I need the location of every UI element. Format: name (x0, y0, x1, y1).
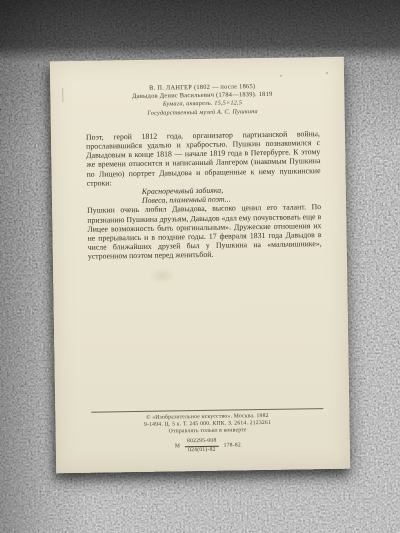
paper-scratch (62, 88, 63, 102)
description-paragraph-1: Поэт, герой 1812 года, организатор парти… (86, 129, 321, 188)
colophon-block: © «Изобразительное искусство». Москва. 1… (90, 408, 325, 456)
photo-scene: В. П. ЛАНГЕР (1802 — после 1865) Давыдов… (0, 0, 400, 533)
paper-speck (326, 72, 328, 74)
caption-block: В. П. ЛАНГЕР (1802 — после 1865) Давыдов… (85, 82, 319, 118)
catalog-code-fraction: 802295-008 024(01)-82 (185, 438, 219, 455)
catalog-code-prefix: М (175, 443, 180, 450)
catalog-code-denominator: 024(01)-82 (188, 446, 216, 454)
catalog-code: М 802295-008 024(01)-82 178-82 (91, 436, 325, 456)
description-paragraph-2: Пушкин очень любил Давыдова, высоко цени… (87, 203, 322, 262)
postcard-content: В. П. ЛАНГЕР (1802 — после 1865) Давыдов… (85, 57, 325, 473)
postcard: В. П. ЛАНГЕР (1802 — после 1865) Давыдов… (50, 57, 350, 474)
catalog-code-suffix: 178-82 (224, 442, 241, 449)
